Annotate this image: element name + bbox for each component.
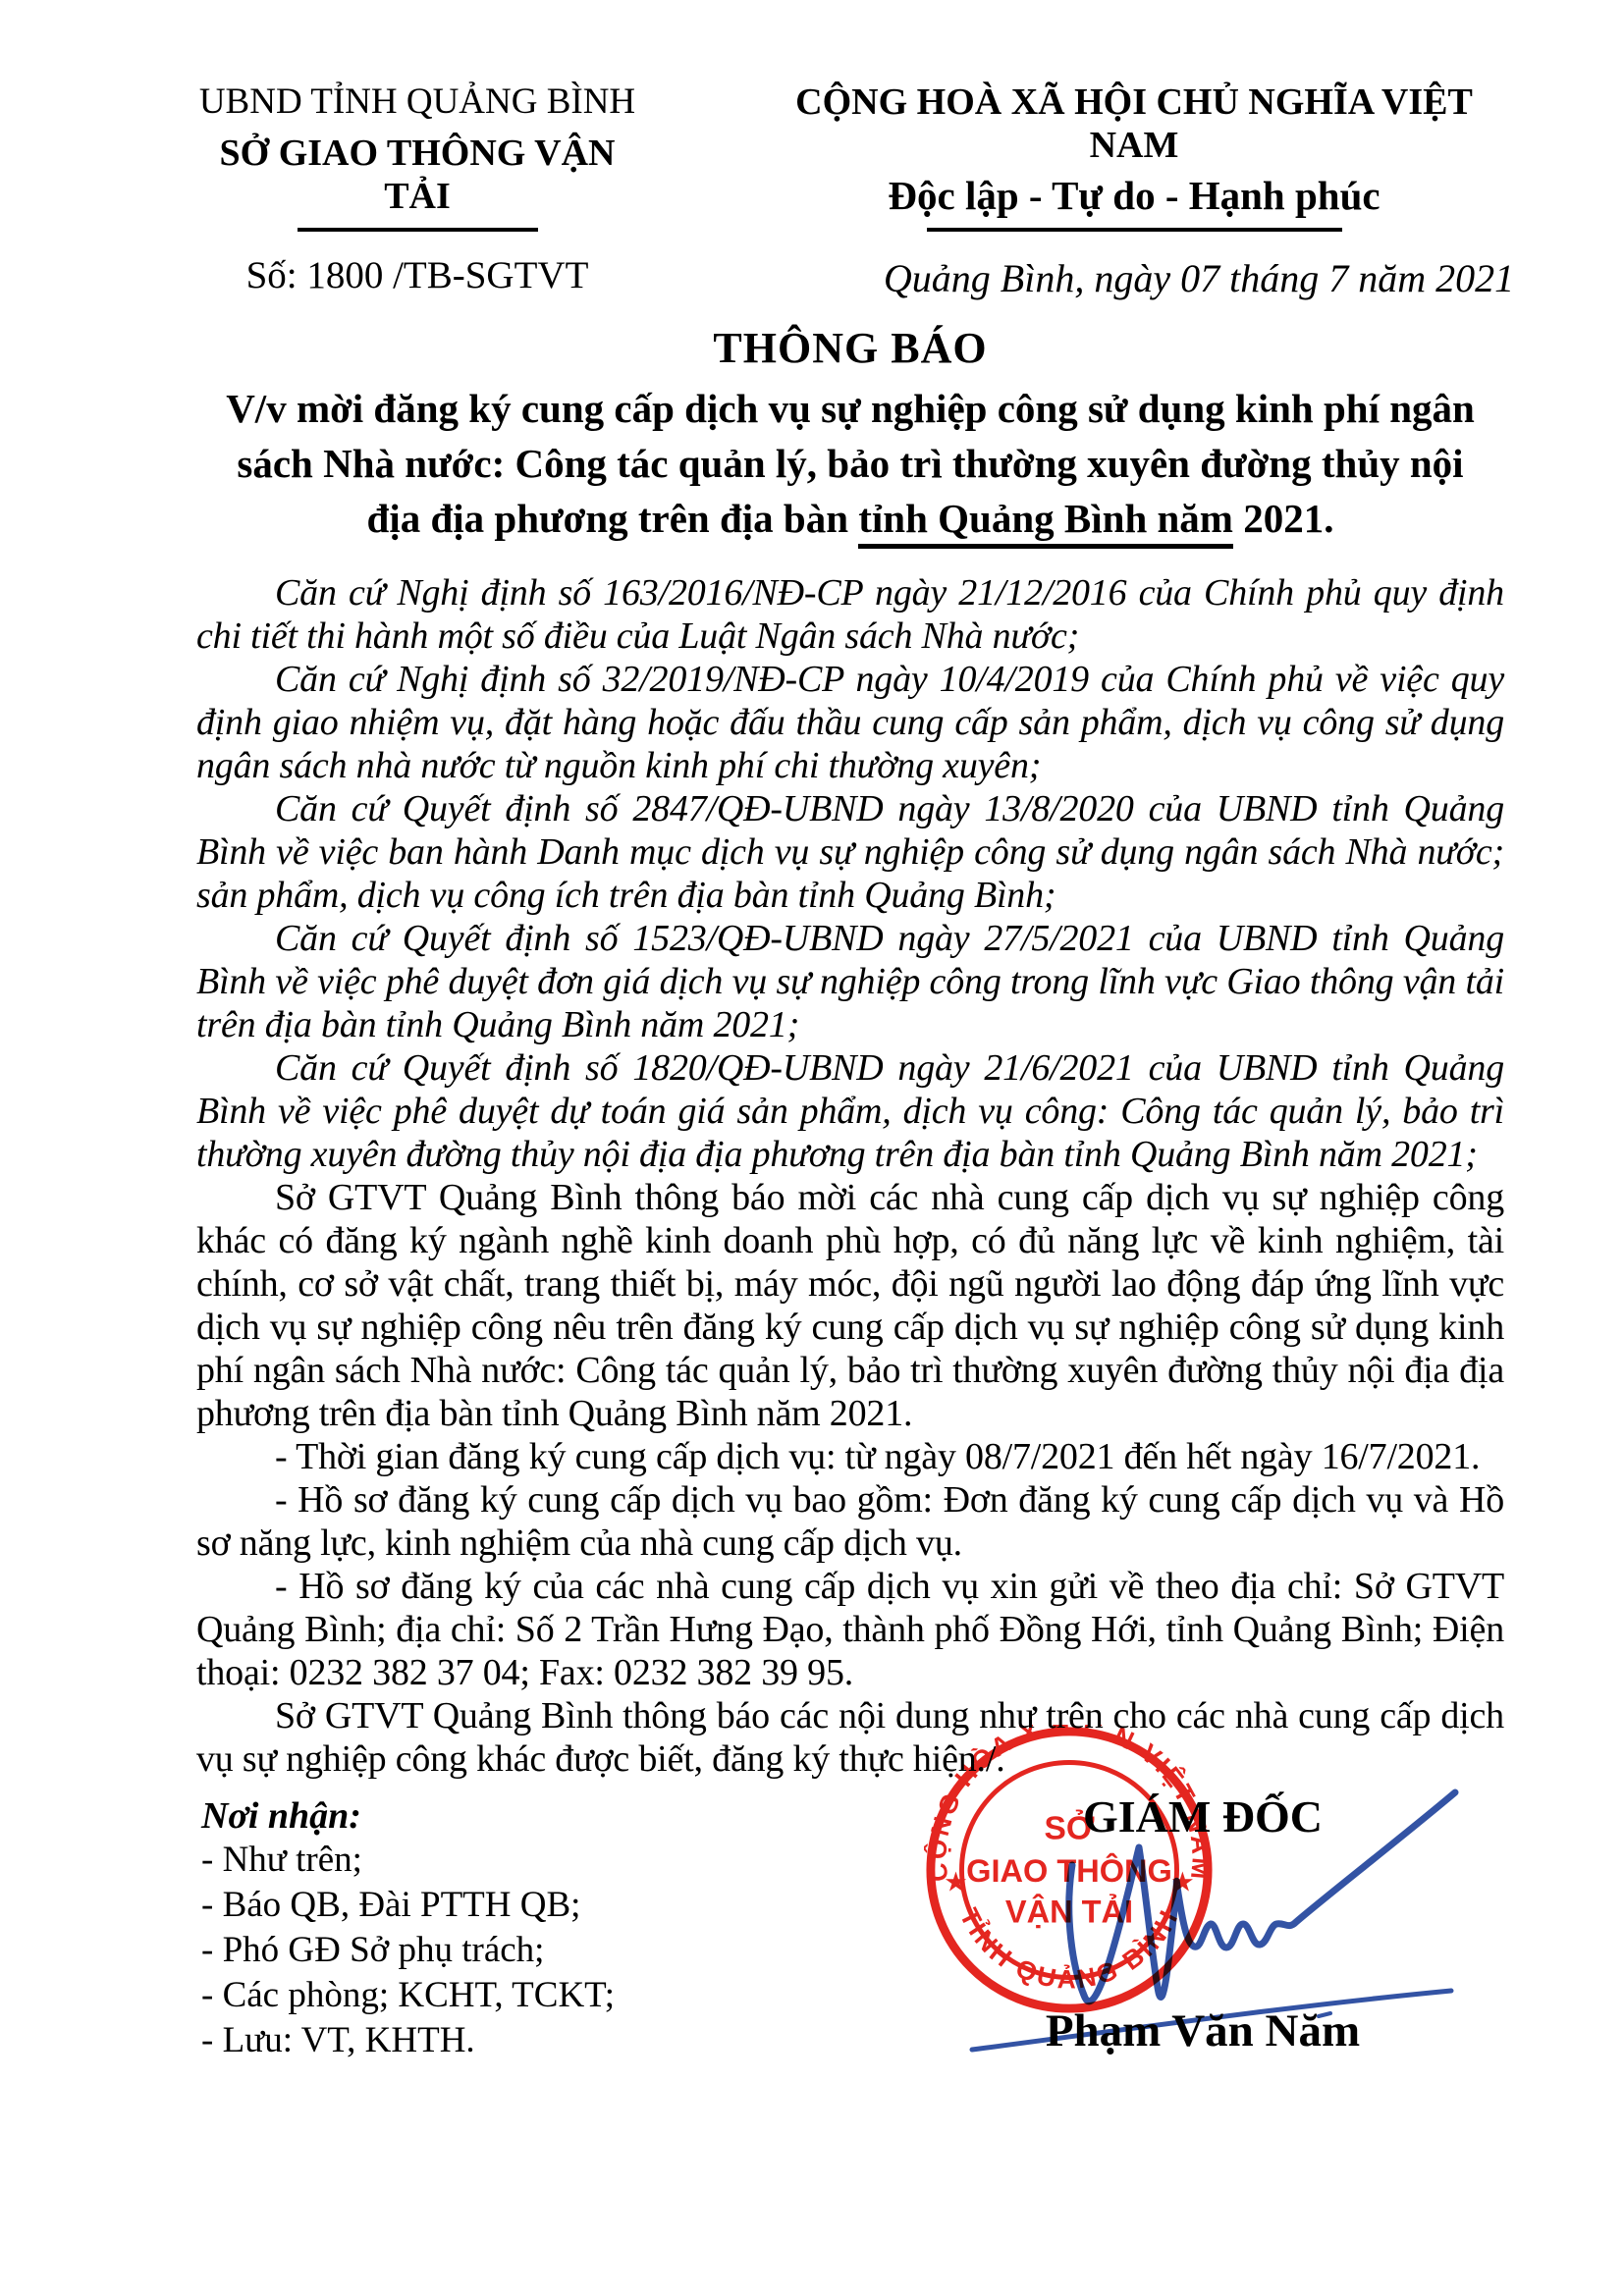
parent-agency-name: UBND TỈNH QUẢNG BÌNH — [187, 80, 648, 124]
dossier-content-item: - Hồ sơ đăng ký cung cấp dịch vụ bao gồm… — [196, 1478, 1504, 1565]
document-subject: V/v mời đăng ký cung cấp dịch vụ sự nghi… — [222, 381, 1479, 546]
subject-underlined-part: tỉnh Quảng Bình năm — [858, 496, 1233, 549]
legal-basis-paragraph-2: Căn cứ Nghị định số 32/2019/NĐ-CP ngày 1… — [196, 658, 1504, 787]
national-motto-line2: Độc lập - Tự do - Hạnh phúc — [751, 173, 1517, 218]
legal-basis-paragraph-4: Căn cứ Quyết định số 1523/QĐ-UBND ngày 2… — [196, 917, 1504, 1046]
legal-basis-paragraph-3: Căn cứ Quyết định số 2847/QĐ-UBND ngày 1… — [196, 787, 1504, 917]
signature-underline-stroke — [972, 1991, 1451, 2050]
legal-basis-paragraph-1: Căn cứ Nghị định số 163/2016/NĐ-CP ngày … — [196, 571, 1504, 658]
agency-underline-rule — [298, 228, 538, 232]
document-body: Căn cứ Nghị định số 163/2016/NĐ-CP ngày … — [196, 571, 1504, 1781]
document-title: THÔNG BÁO — [196, 323, 1504, 373]
agency-name: SỞ GIAO THÔNG VẬN TẢI — [187, 132, 648, 218]
legal-basis-paragraph-5: Căn cứ Quyết định số 1820/QĐ-UBND ngày 2… — [196, 1046, 1504, 1176]
document-number: Số: 1800 /TB-SGTVT — [187, 253, 648, 297]
motto-underline-rule — [927, 228, 1342, 232]
recipient-item: - Báo QB, Đài PTTH QB; — [201, 1883, 615, 1928]
document-page: UBND TỈNH QUẢNG BÌNH SỞ GIAO THÔNG VẬN T… — [0, 0, 1624, 2296]
signature-dash-mark — [1319, 2013, 1330, 2016]
handwritten-signature — [962, 1767, 1483, 2061]
national-motto-line1: CỘNG HOÀ XÃ HỘI CHỦ NGHĨA VIỆT NAM — [751, 80, 1517, 167]
signature-main-stroke — [1069, 1792, 1455, 2002]
registration-time-item: - Thời gian đăng ký cung cấp dịch vụ: từ… — [196, 1435, 1504, 1478]
document-header: UBND TỈNH QUẢNG BÌNH SỞ GIAO THÔNG VẬN T… — [0, 0, 1624, 301]
recipient-item: - Phó GĐ Sở phụ trách; — [201, 1928, 615, 1973]
recipients-block: Nơi nhận: - Như trên; - Báo QB, Đài PTTH… — [201, 1794, 615, 2063]
national-header-block: CỘNG HOÀ XÃ HỘI CHỦ NGHĨA VIỆT NAM Độc l… — [751, 80, 1517, 301]
recipient-item: - Như trên; — [201, 1838, 615, 1883]
recipient-item: - Các phòng; KCHT, TCKT; — [201, 1973, 615, 2018]
dossier-address-item: - Hồ sơ đăng ký của các nhà cung cấp dịc… — [196, 1565, 1504, 1694]
place-and-date: Quảng Bình, ngày 07 tháng 7 năm 2021 — [816, 255, 1582, 301]
recipient-item: - Lưu: VT, KHTH. — [201, 2018, 615, 2063]
subject-suffix: 2021. — [1233, 496, 1334, 541]
recipients-heading: Nơi nhận: — [201, 1794, 615, 1838]
announcement-paragraph: Sở GTVT Quảng Bình thông báo mời các nhà… — [196, 1176, 1504, 1435]
title-block: THÔNG BÁO V/v mời đăng ký cung cấp dịch … — [0, 323, 1624, 546]
issuing-agency-block: UBND TỈNH QUẢNG BÌNH SỞ GIAO THÔNG VẬN T… — [187, 80, 648, 301]
